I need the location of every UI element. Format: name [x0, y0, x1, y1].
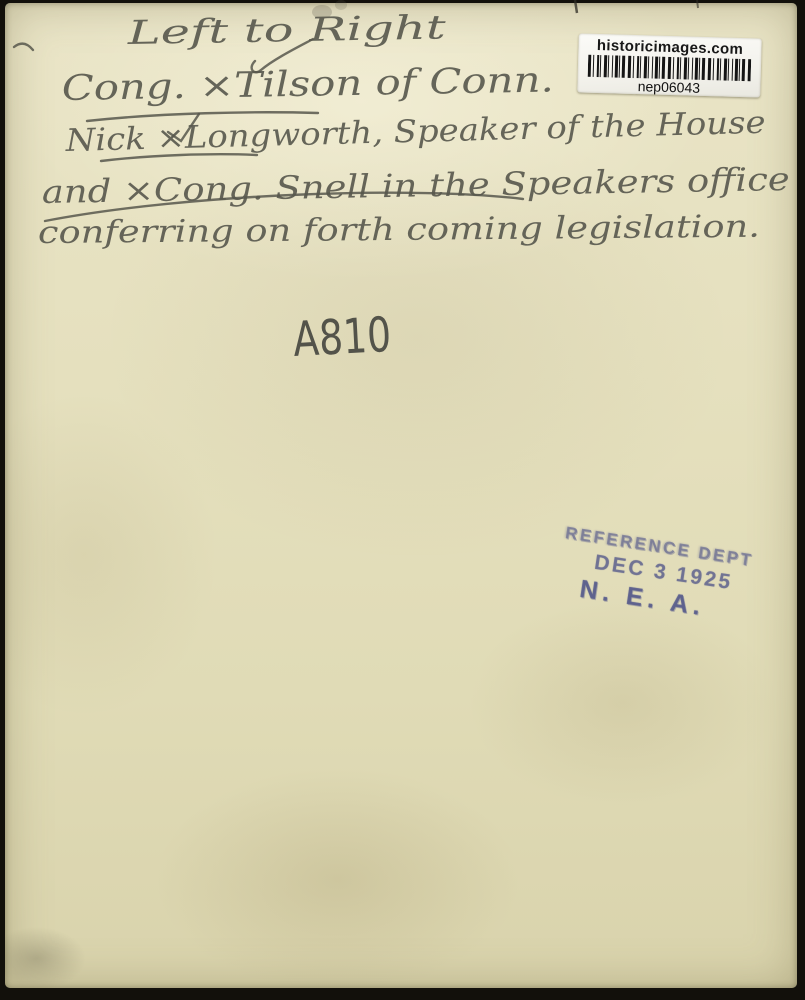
photo-back-paper: [5, 3, 797, 988]
scan-background: Left to Right Cong. ×Tilson of Conn. Nic…: [0, 0, 805, 1000]
barcode-sticker: historicimages.com nep06043: [577, 33, 762, 97]
